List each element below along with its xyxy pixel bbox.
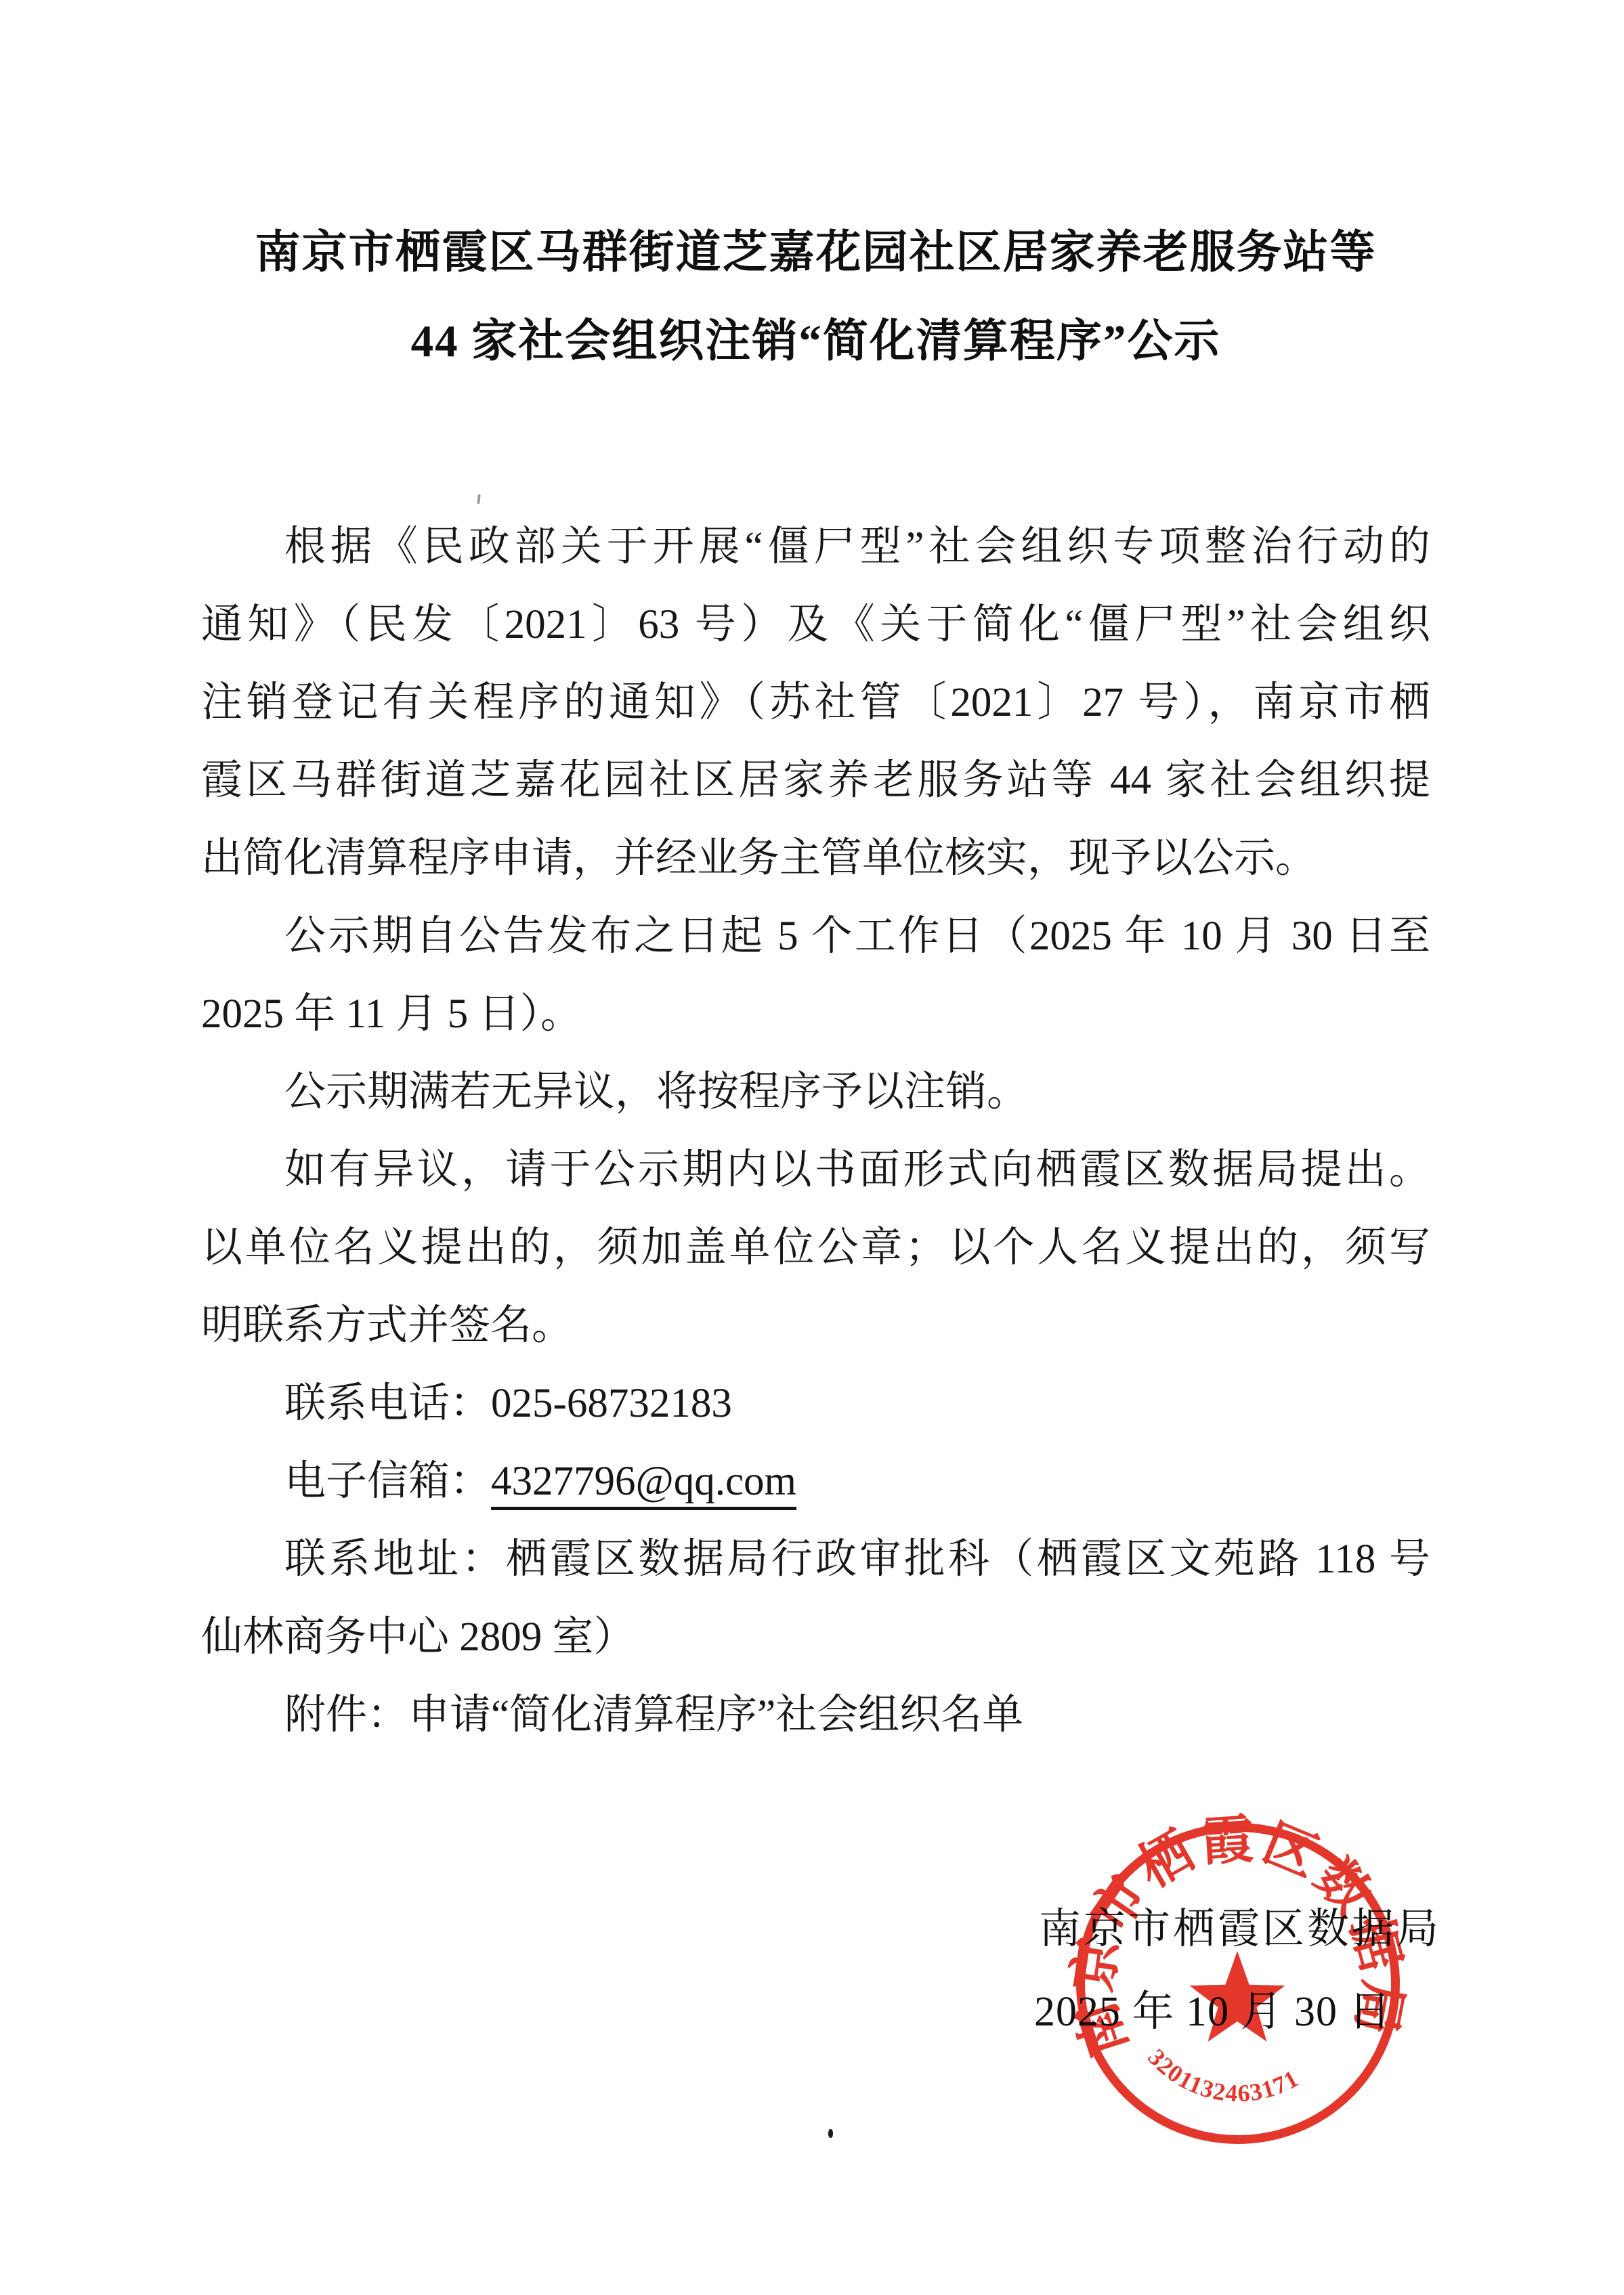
svg-text:3201132463171: 3201132463171 bbox=[1142, 2044, 1304, 2107]
body-line: 出简化清算程序申请，并经业务主管单位核实，现予以公示。 bbox=[201, 819, 1430, 897]
contact-address-line: 联系地址：栖霞区数据局行政审批科（栖霞区文苑路 118 号 bbox=[201, 1520, 1430, 1598]
body-line: 公示期自公告发布之日起 5 个工作日（2025 年 10 月 30 日至 bbox=[201, 897, 1430, 975]
title-line-1: 南京市栖霞区马群街道芝嘉花园社区居家养老服务站等 bbox=[201, 209, 1430, 297]
official-seal-stamp: 南京市栖霞区数据局 3201132463171 bbox=[1056, 1801, 1422, 2167]
body-line: 以单位名义提出的，须加盖单位公章；以个人名义提出的，须写 bbox=[201, 1209, 1430, 1287]
email-link[interactable]: 4327796@qq.com bbox=[491, 1459, 796, 1510]
email-label: 电子信箱： bbox=[284, 1459, 491, 1504]
title-line-2: 44 家社会组织注销“简化清算程序”公示 bbox=[201, 297, 1430, 386]
contact-address-line-2: 仙林商务中心 2809 室） bbox=[201, 1598, 1430, 1676]
body-line: 如有异议，请于公示期内以书面形式向栖霞区数据局提出。 bbox=[201, 1131, 1430, 1209]
document-body: 根据《民政部关于开展“僵尸型”社会组织专项整治行动的 通知》（民发〔2021〕6… bbox=[201, 508, 1430, 1754]
document-title: 南京市栖霞区马群街道芝嘉花园社区居家养老服务站等 44 家社会组织注销“简化清算… bbox=[201, 209, 1430, 386]
attachment-line: 附件：申请“简化清算程序”社会组织名单 bbox=[201, 1676, 1430, 1754]
body-line: 通知》（民发〔2021〕63 号）及《关于简化“僵尸型”社会组织 bbox=[201, 586, 1430, 664]
scan-artifact-dot bbox=[828, 2129, 833, 2138]
body-line: 明联系方式并签名。 bbox=[201, 1287, 1430, 1365]
seal-serial-number: 3201132463171 bbox=[1142, 2044, 1304, 2107]
seal-star-icon bbox=[1190, 1951, 1285, 2042]
svg-text:南京市栖霞区数据局: 南京市栖霞区数据局 bbox=[1063, 1809, 1413, 2063]
body-line: 2025 年 11 月 5 日）。 bbox=[201, 975, 1430, 1053]
scan-artifact-dot bbox=[477, 494, 480, 504]
seal-ring-text: 南京市栖霞区数据局 bbox=[1063, 1809, 1413, 2063]
body-line: 公示期满若无异议，将按程序予以注销。 bbox=[201, 1053, 1430, 1131]
body-line: 根据《民政部关于开展“僵尸型”社会组织专项整治行动的 bbox=[201, 508, 1430, 586]
contact-phone-line: 联系电话：025-68732183 bbox=[201, 1365, 1430, 1442]
document-page: 南京市栖霞区马群街道芝嘉花园社区居家养老服务站等 44 家社会组织注销“简化清算… bbox=[0, 0, 1624, 2295]
body-line: 注销登记有关程序的通知》（苏社管〔2021〕27 号），南京市栖 bbox=[201, 664, 1430, 742]
body-line: 霞区马群街道芝嘉花园社区居家养老服务站等 44 家社会组织提 bbox=[201, 742, 1430, 819]
contact-email-line: 电子信箱：4327796@qq.com bbox=[201, 1442, 1430, 1520]
